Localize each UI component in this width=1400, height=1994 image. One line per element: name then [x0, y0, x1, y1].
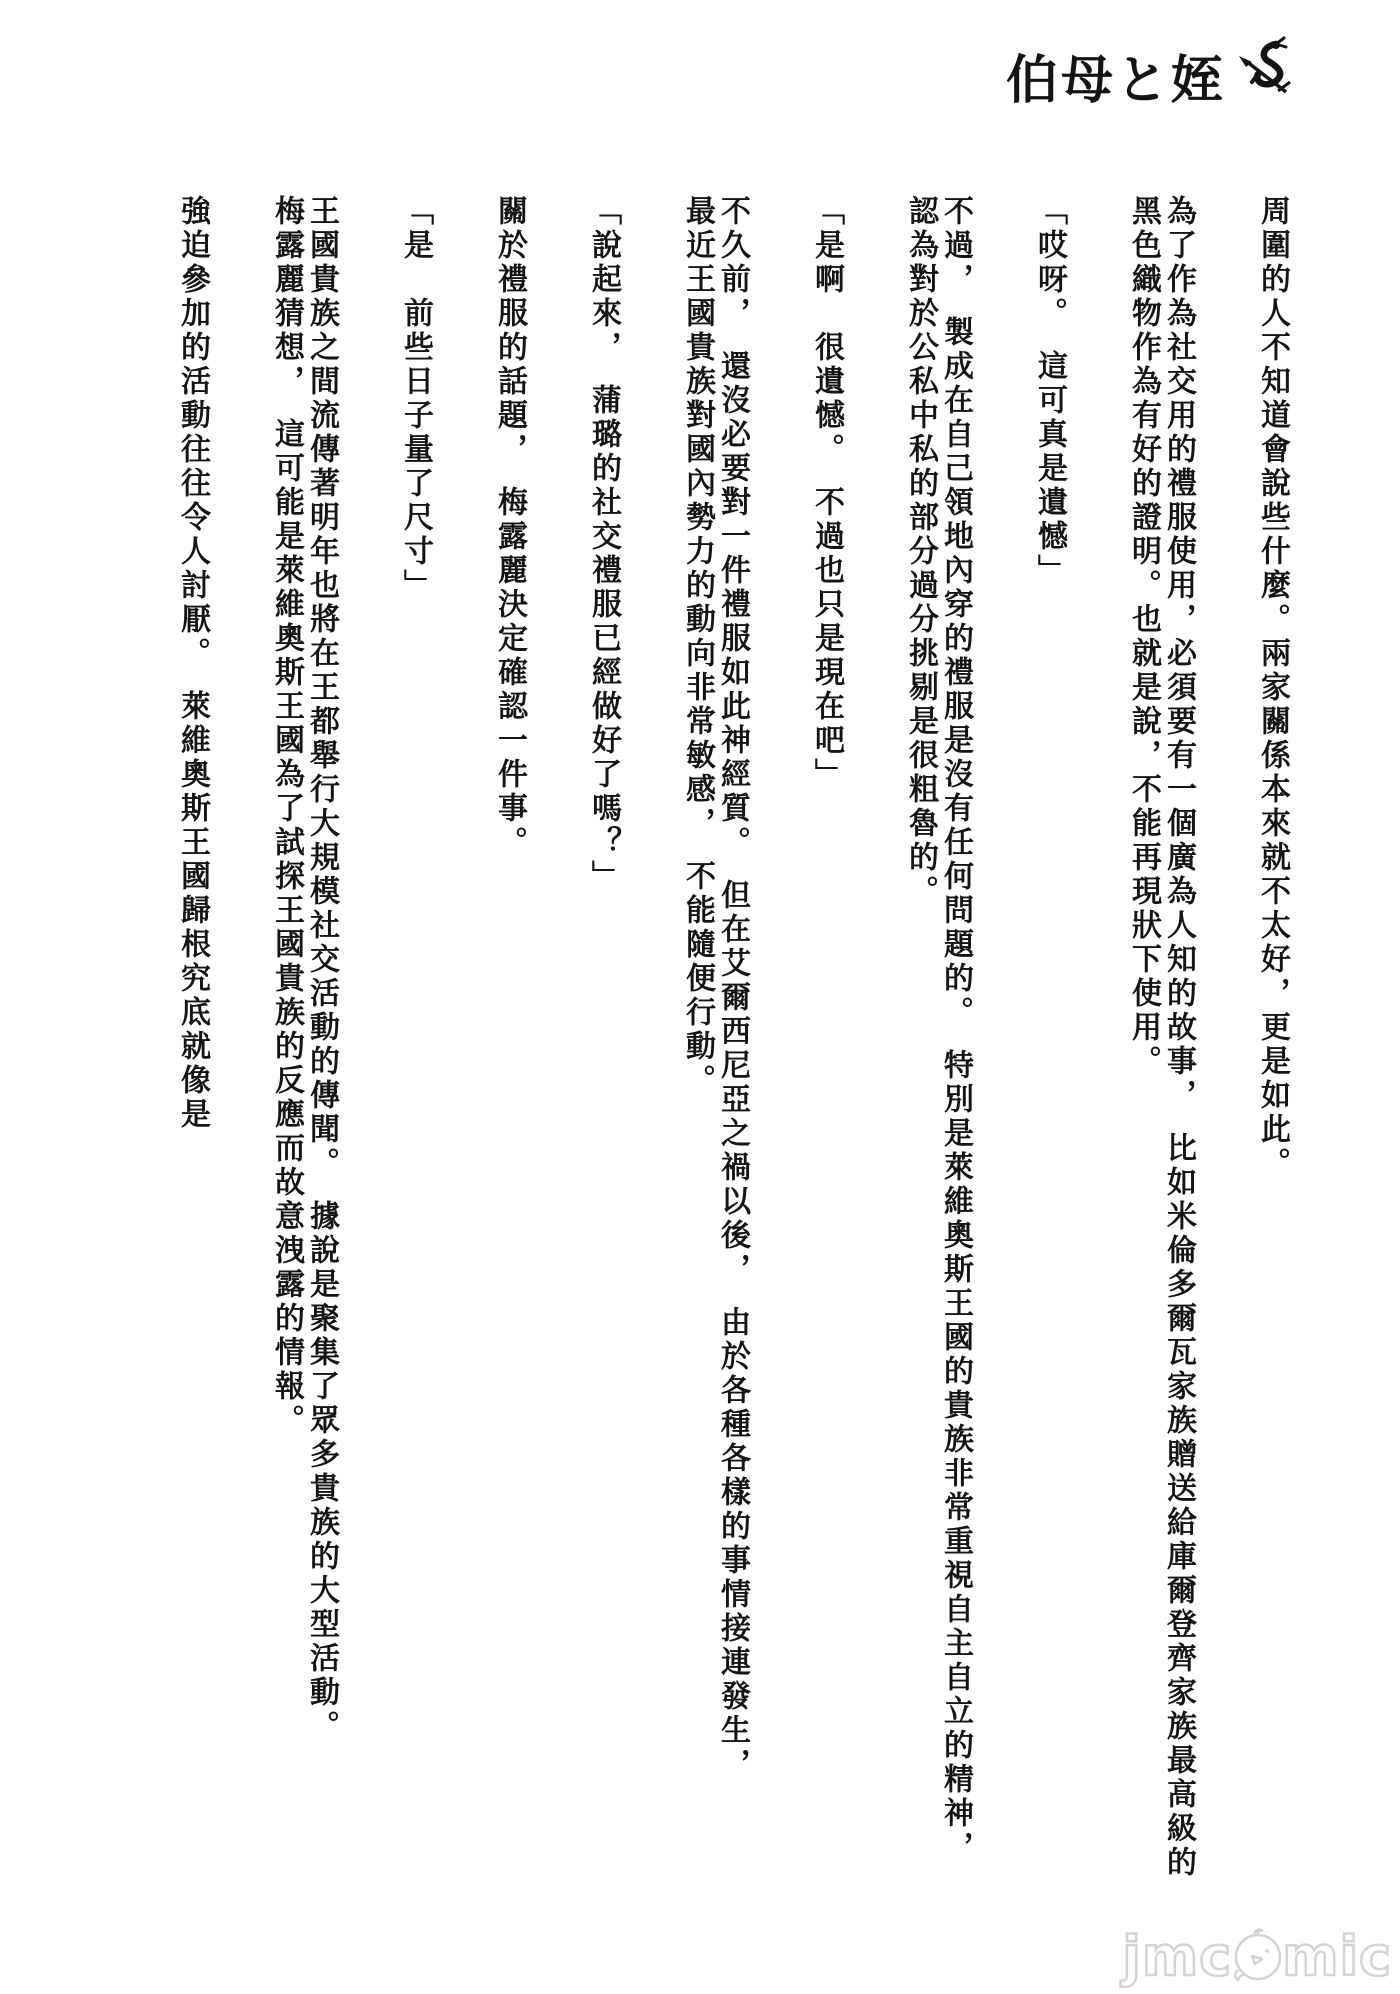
text-column: 「哎呀。 這可真是遺憾」: [1034, 195, 1064, 588]
text-column: 認為對於公私中私的部分過分挑剔是很粗魯的。: [905, 195, 935, 909]
text-block: 周圍的人不知道會說些什麼。兩家關係本來就不太好，更是如此。 為了作為社交用的禮服…: [177, 195, 1287, 1880]
snake-and-sword-crest-icon: [1238, 36, 1294, 100]
text-column: 關於禮服的話題， 梅露麗決定確認一件事。: [494, 195, 524, 860]
text-column: 王國貴族之間流傳著明年也將在王都舉行大規模社交活動的傳聞。 據說是聚集了眾多貴族…: [306, 195, 336, 1744]
paragraph-11: 強迫參加的活動往往令人討厭。 萊維奧斯王國歸根究底就像是: [177, 195, 207, 1132]
text-column: 「是啊 很遺憾。 不過也只是現在吧」: [811, 195, 841, 792]
text-column: 強迫參加的活動往往令人討厭。 萊維奧斯王國歸根究底就像是: [177, 195, 207, 1132]
paragraph-9-dialogue: 「是 前些日子量了尺寸」: [400, 195, 430, 603]
paragraph-3-dialogue: 「哎呀。 這可真是遺憾」: [1034, 195, 1064, 588]
watermark-text-prefix: jmc: [1122, 1925, 1232, 1988]
text-column: 周圍的人不知道會說些什麼。兩家關係本來就不太好，更是如此。: [1257, 195, 1287, 1181]
paragraph-1: 周圍的人不知道會說些什麼。兩家關係本來就不太好，更是如此。: [1257, 195, 1287, 1181]
text-column: 梅露麗猜想， 這可能是萊維奧斯王國為了試探王國貴族的反應而故意洩露的情報。: [271, 195, 301, 1438]
paragraph-2: 為了作為社交用的禮服使用，必須要有一個廣為人知的故事， 比如米倫多爾瓦家族贈送給…: [1128, 195, 1193, 1880]
bird-mascot-icon: [1230, 1926, 1284, 1984]
paragraph-10: 王國貴族之間流傳著明年也將在王都舉行大規模社交活動的傳聞。 據說是聚集了眾多貴族…: [271, 195, 336, 1744]
text-column: 最近王國貴族對國內勢力的動向非常敏感， 不能隨便行動。: [682, 195, 712, 1098]
text-column: 「說起來， 蒲璐的社交禮服已經做好了嗎？」: [588, 195, 618, 894]
paragraph-6: 不久前， 還沒必要對一件禮服如此神經質。 但在艾爾西尼亞之禍以後， 由於各種各樣…: [682, 195, 747, 1782]
paragraph-7-dialogue: 「說起來， 蒲璐的社交禮服已經做好了嗎？」: [588, 195, 618, 894]
novel-page: 伯母と姪 周圍的人不知道會說些什麼。兩家關係本來就不太好，更是如此。 為了作為社…: [0, 0, 1400, 1994]
paragraph-4: 不過， 製成在自己領地內穿的禮服是沒有任何問題的。 特別是萊維奧斯王國的貴族非常…: [905, 195, 970, 1865]
text-column: 不過， 製成在自己領地內穿的禮服是沒有任何問題的。 特別是萊維奧斯王國的貴族非常…: [940, 195, 970, 1865]
text-column: 不久前， 還沒必要對一件禮服如此神經質。 但在艾爾西尼亞之禍以後， 由於各種各樣…: [717, 195, 747, 1782]
watermark: jmc mic: [1122, 1925, 1392, 1988]
paragraph-5-dialogue: 「是啊 很遺憾。 不過也只是現在吧」: [811, 195, 841, 792]
watermark-text-suffix: mic: [1282, 1925, 1392, 1988]
text-column: 黑色織物作為有好的證明。也就是說，不能再現狀下使用。: [1128, 195, 1158, 1079]
paragraph-8: 關於禮服的話題， 梅露麗決定確認一件事。: [494, 195, 524, 860]
text-column: 為了作為社交用的禮服使用，必須要有一個廣為人知的故事， 比如米倫多爾瓦家族贈送給…: [1163, 195, 1193, 1880]
chapter-title: 伯母と姪: [1006, 38, 1226, 113]
text-column: 「是 前些日子量了尺寸」: [400, 195, 430, 603]
